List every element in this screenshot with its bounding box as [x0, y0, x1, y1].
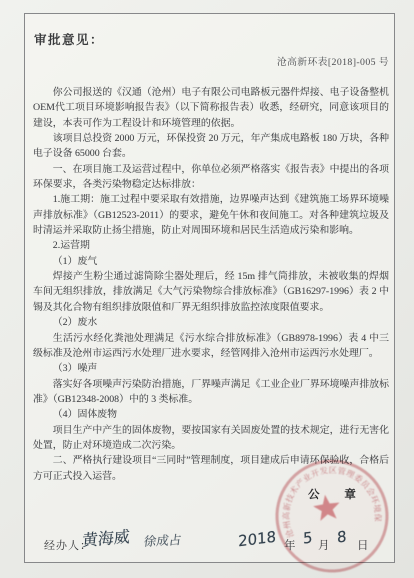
paragraph: 该项目总投资 2000 万元，环保投资 20 万元，年产集成电路板 180 万块… — [33, 131, 389, 162]
approval-text-body: 你公司报送的《汉通（沧州）电子有限公司电路板元器件焊接、电子设备整机OEM代工项… — [33, 85, 389, 484]
paragraph: 1.施工期：施工过程中要采取有效措施，边界噪声达到《建筑施工场界环境噪声排放标准… — [33, 192, 389, 238]
handwritten-signature-1: 黄海威 — [81, 524, 130, 551]
page-title: 审批意见： — [34, 30, 104, 48]
month-label: 月 — [318, 537, 330, 553]
document-frame: 审批意见： 沧高新环表[2018]-005 号 你公司报送的《汉通（沧州）电子有… — [24, 13, 395, 563]
paragraph: （1）废气 — [33, 254, 389, 269]
paragraph: 落实好各项噪声污染防治措施，厂界噪声满足《工业企业厂界环境噪声排放标准》（GB1… — [33, 377, 389, 408]
paragraph: 2.运营期 — [33, 238, 389, 253]
paragraph: （3）噪声 — [33, 361, 389, 376]
day-label: 日 — [357, 537, 369, 553]
document-number: 沧高新环表[2018]-005 号 — [277, 54, 389, 68]
handwritten-signature-2: 徐成占 — [143, 530, 183, 550]
paragraph: （2）废水 — [33, 315, 389, 330]
paragraph: 一、在项目施工及运营过程中，你单位必须严格落实《报告表》中提出的各项环保要求，各… — [33, 162, 389, 193]
paragraph: 生活污水经化粪池处理满足《污水综合排放标准》（GB8978-1996）表 4 中… — [33, 331, 389, 362]
paragraph: （4）固体废物 — [33, 407, 389, 422]
paragraph: 你公司报送的《汉通（沧州）电子有限公司电路板元器件焊接、电子设备整机OEM代工项… — [33, 85, 389, 131]
handwritten-day: 8 — [337, 527, 347, 546]
handwritten-month: 5 — [303, 528, 313, 547]
paragraph: 焊接产生粉尘通过滤筒除尘器处理后，经 15m 排气筒排放，未被收集的焊烟车间无组… — [33, 269, 389, 315]
scanned-approval-document: 审批意见： 沧高新环表[2018]-005 号 你公司报送的《汉通（沧州）电子有… — [0, 0, 414, 578]
year-label: 年 — [284, 537, 296, 553]
paragraph: 二、严格执行建设项目“三同时”管理制度，项目建成后申请环保验收，合格后方可正式投… — [33, 453, 389, 484]
seal-placeholder-label: 公 章 — [308, 486, 367, 502]
paragraph: 项目生产中产生的固体废物，要按国家有关固废处置的技术规定，进行无害化处置，防止对… — [33, 423, 389, 454]
